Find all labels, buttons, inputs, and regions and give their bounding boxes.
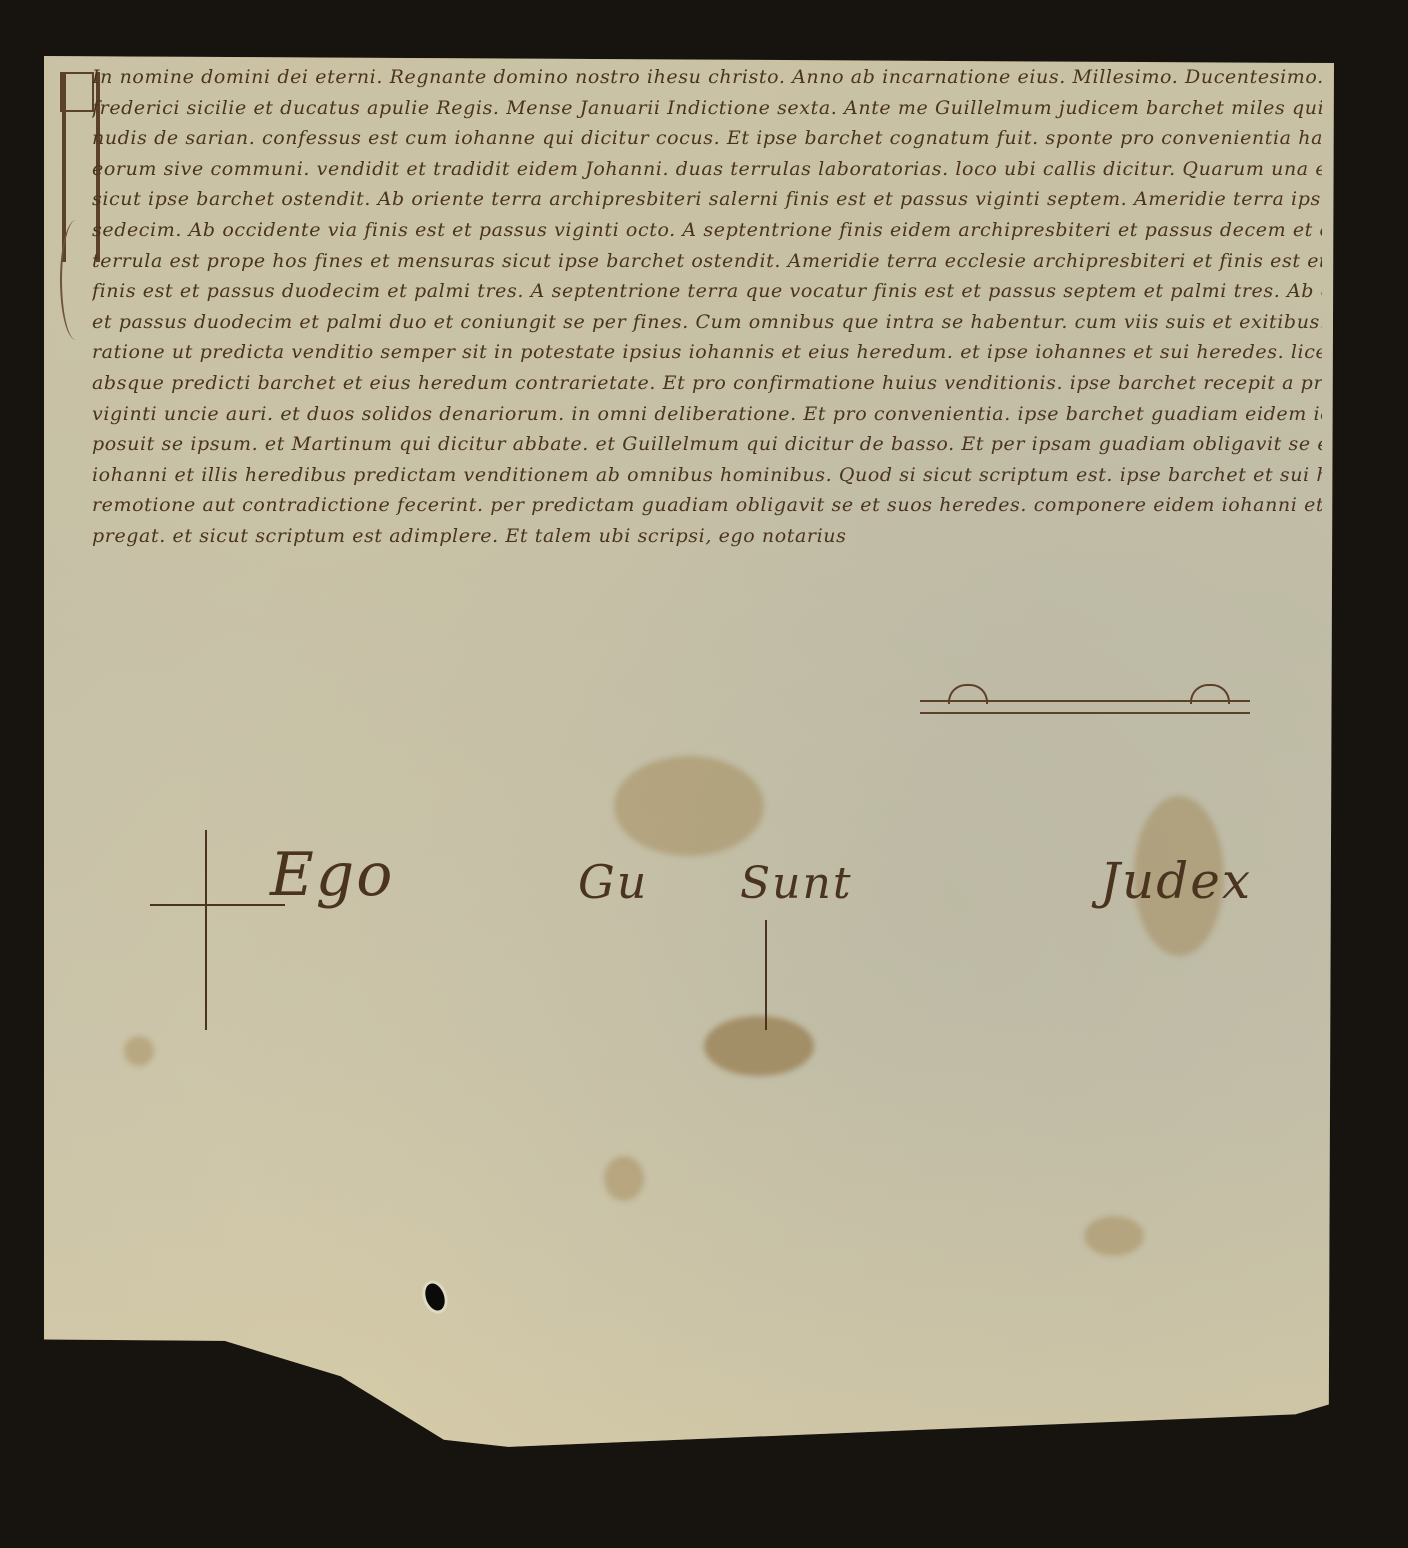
charter-text: In nomine domini dei eterni. Regnante do… — [92, 62, 1322, 552]
ink-stain — [704, 1016, 814, 1076]
text-line: ratione ut predicta venditio semper sit … — [92, 337, 1322, 368]
subscription-word: Ego — [270, 840, 394, 910]
text-line: et passus duodecim et palmi duo et coniu… — [92, 307, 1322, 338]
text-line: frederici sicilie et ducatus apulie Regi… — [92, 93, 1322, 124]
water-stain — [614, 756, 764, 856]
signum-cross-icon — [205, 830, 207, 1030]
initial-flourish — [60, 220, 92, 340]
spot-stain — [124, 1036, 154, 1066]
text-line: viginti uncie auri. et duos solidos dena… — [92, 399, 1322, 430]
signum-cross-bar — [150, 904, 285, 906]
subscription-word: Sunt — [740, 858, 853, 909]
text-line: terrula est prope hos fines et mensuras … — [92, 246, 1322, 277]
text-line: sedecim. Ab occidente via finis est et p… — [92, 215, 1322, 246]
subscription-word: Judex — [1100, 852, 1252, 910]
text-line: pregat. et sicut scriptum est adimplere.… — [92, 521, 852, 552]
subscription-word: Gu — [578, 855, 648, 909]
text-line: remotione aut contradictione fecerint. p… — [92, 490, 1322, 521]
spot-stain — [1084, 1216, 1144, 1256]
spot-stain — [604, 1156, 644, 1201]
text-line: eorum sive communi. vendidit et tradidit… — [92, 154, 1322, 185]
notarial-sign — [890, 690, 1280, 718]
text-line: finis est et passus duodecim et palmi tr… — [92, 276, 1322, 307]
text-line: nudis de sarian. confessus est cum iohan… — [92, 123, 1322, 154]
text-line: In nomine domini dei eterni. Regnante do… — [92, 62, 1322, 93]
text-line: iohanni et illis heredibus predictam ven… — [92, 460, 1322, 491]
text-line: absque predicti barchet et eius heredum … — [92, 368, 1322, 399]
text-line: posuit se ipsum. et Martinum qui dicitur… — [92, 429, 1322, 460]
text-line: sicut ipse barchet ostendit. Ab oriente … — [92, 184, 1322, 215]
subscription-cross — [765, 920, 767, 1030]
